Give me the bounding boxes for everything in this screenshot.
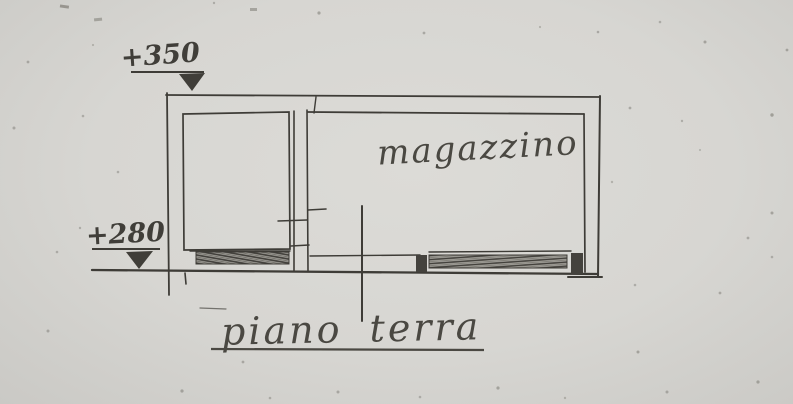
foundation-post-right [571,253,583,274]
elevation-marker-bottom: +280 [85,217,166,269]
right-sill-top-line [429,251,571,252]
storage-room-right-wall [584,114,585,272]
scanned-drawing-page: +350 +280 magazzino piano terra [0,0,793,404]
floor-label: piano terra [221,304,482,353]
foundation-post-middle [416,255,427,272]
elevation-arrow-icon [126,251,153,269]
foundation-hatch-left [196,252,289,264]
elevation-arrow-icon [179,73,205,91]
ground-tick [185,273,186,284]
pillar-tick-right [308,209,326,210]
storage-room-top [308,112,584,114]
floor-caption: piano terra [211,304,484,353]
outer-wall-top [166,95,600,97]
pillar-tick-left [278,220,307,221]
elevation-top-label: +350 [120,37,201,73]
building-section-sketch: +350 +280 magazzino piano terra [0,0,793,404]
wall-stub [314,97,316,113]
left-room-outline [183,112,290,250]
outer-wall-left [167,93,169,295]
floor-label-underline [211,349,484,350]
pillar-right-line [307,110,308,271]
outer-wall-right [598,96,600,277]
pillar-tick-small [291,245,309,246]
elevation-marker-top: +350 [120,37,205,91]
elevation-bottom-label: +280 [85,217,166,252]
middle-sill-line [310,255,420,256]
room-label: magazzino [376,123,579,173]
foundation-hatch-right [429,255,567,268]
